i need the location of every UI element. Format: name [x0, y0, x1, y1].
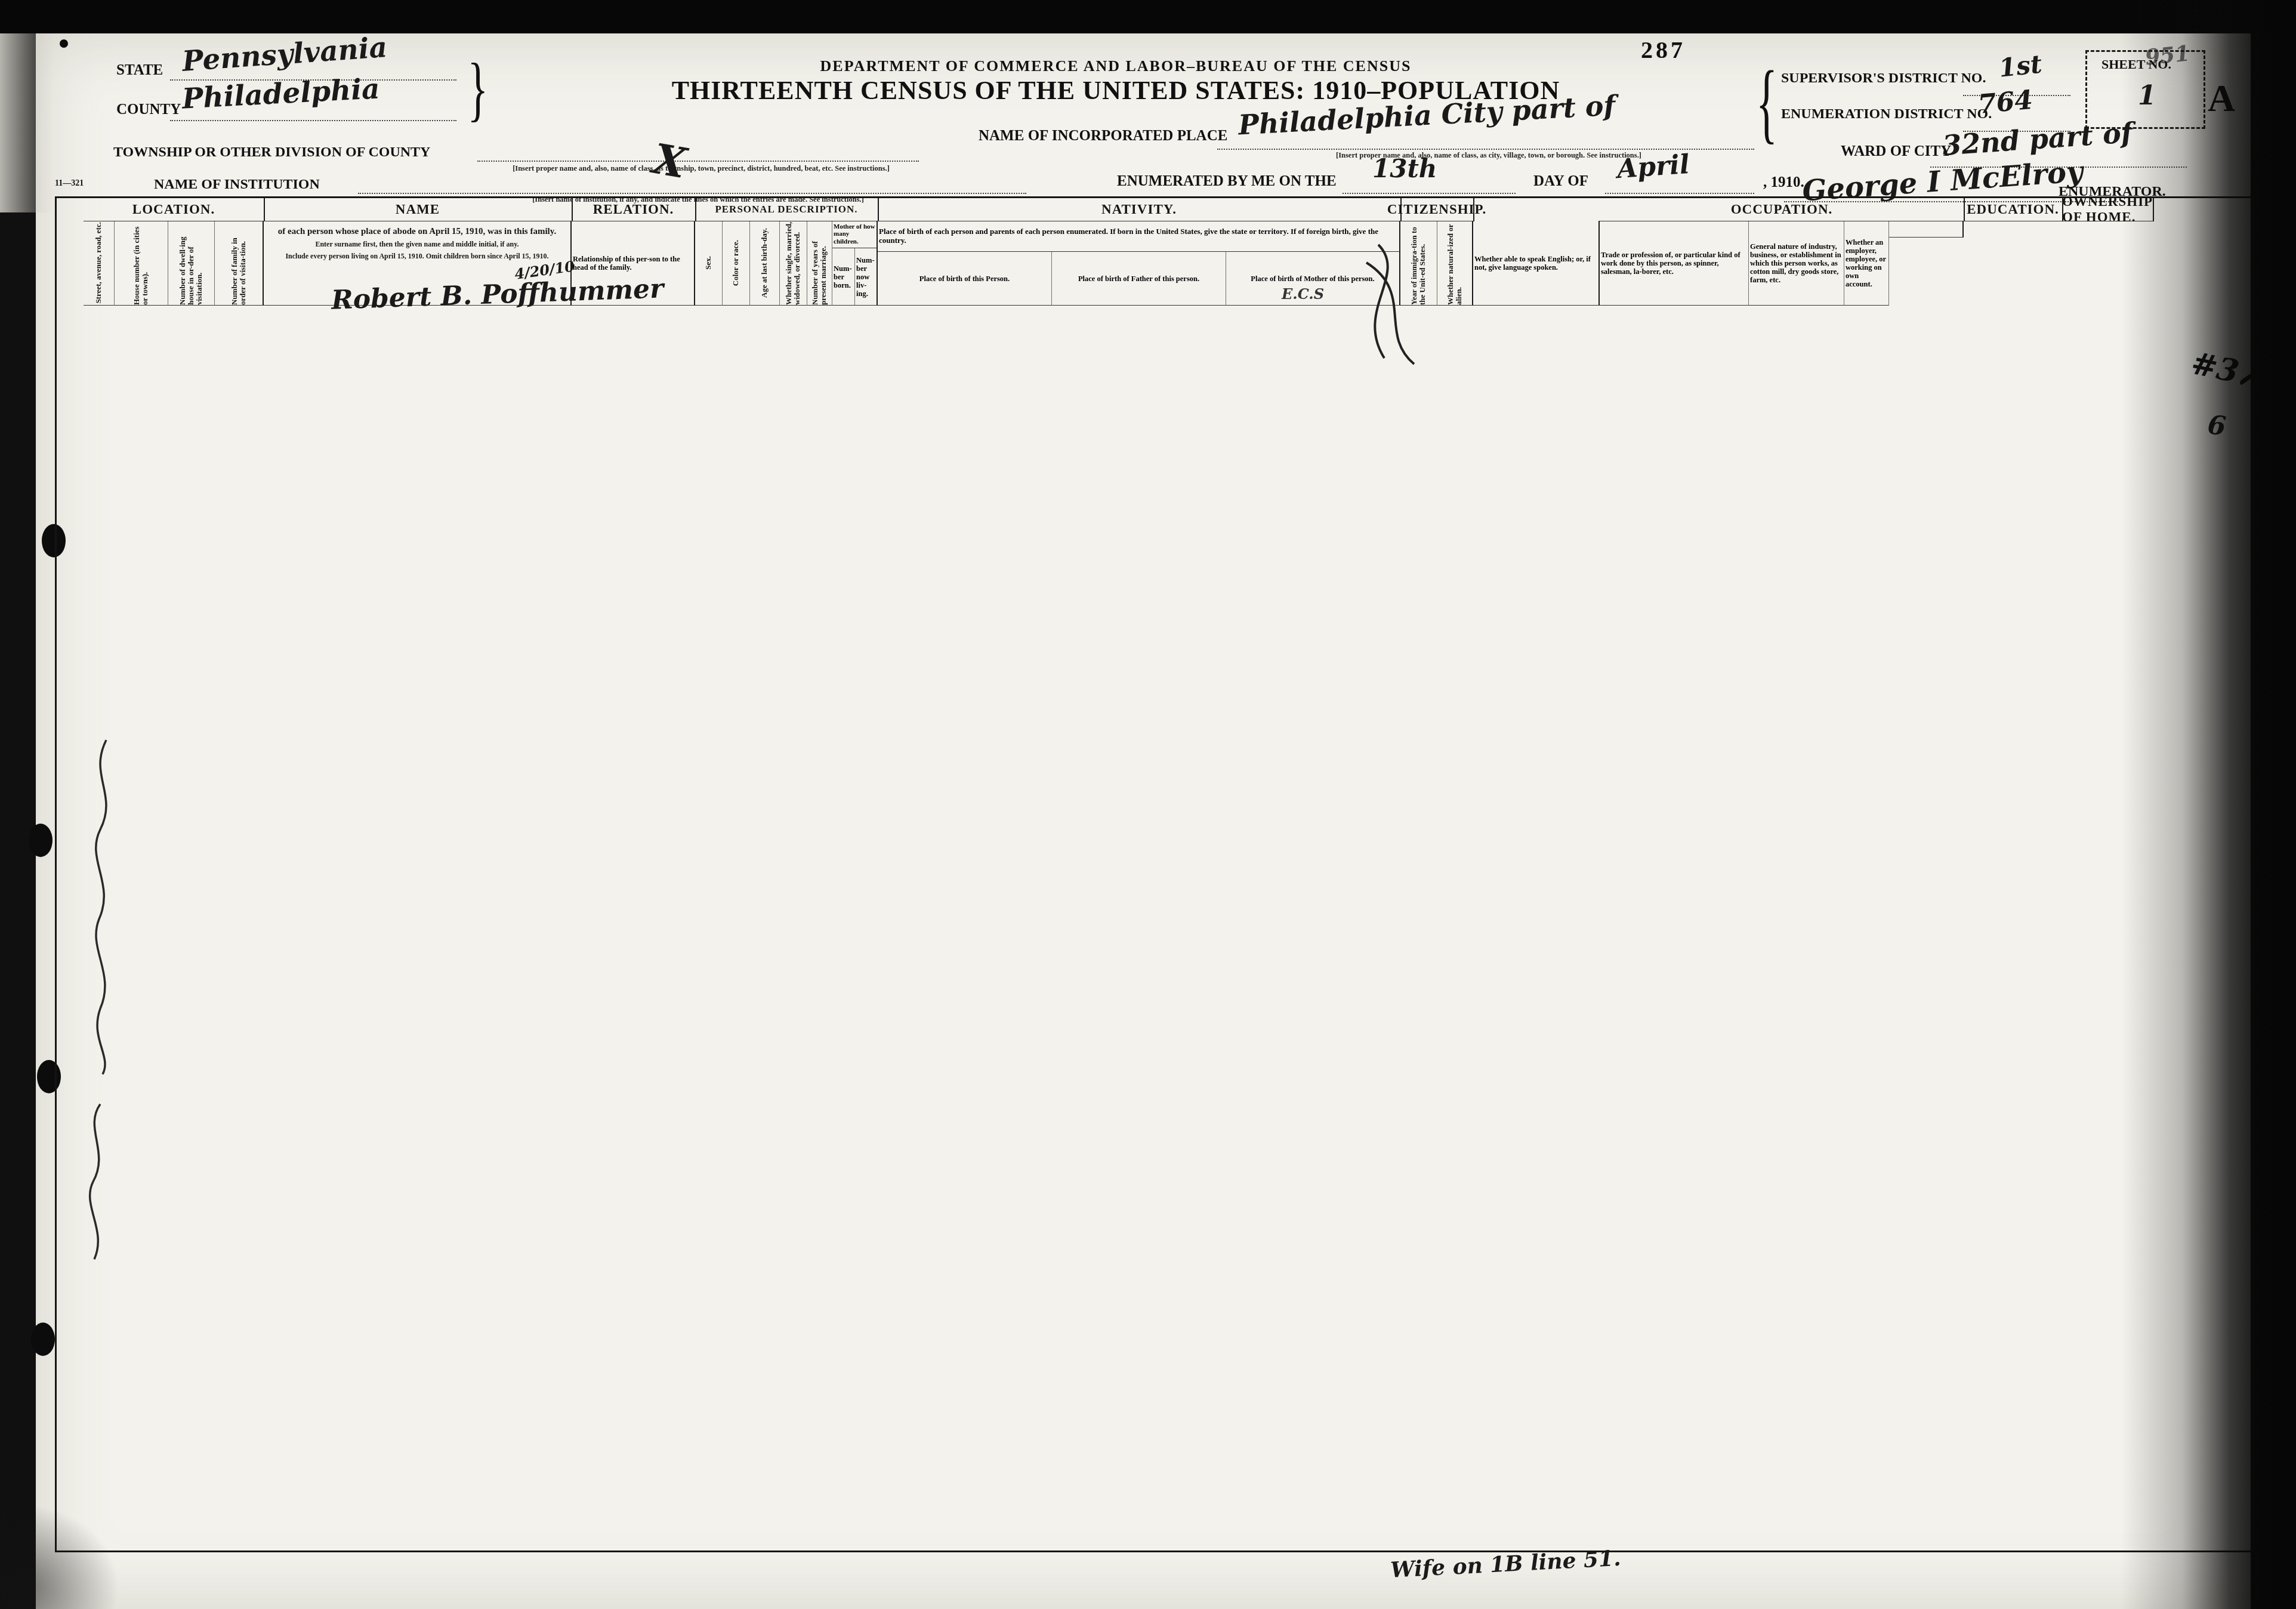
group-header: OWNERSHIP OF HOME. — [2062, 198, 2154, 221]
column-header-color: Color or race. — [723, 221, 750, 306]
incorporated-place-label: NAME OF INCORPORATED PLACE — [979, 128, 1227, 144]
form-number: 11—321 — [55, 179, 84, 189]
column-header-emp: Whether an employer, employee, or workin… — [1844, 221, 1889, 306]
street-name-vertical-scrawl-2 — [75, 1104, 123, 1259]
column-header-cl: Num-ber now liv-ing. — [855, 248, 878, 306]
margin-scrawl-2: 6 — [2206, 410, 2227, 442]
column-header-b2: Place of birth of Father of this person. — [1052, 252, 1226, 306]
group-header: RELATION. — [572, 198, 696, 221]
ecs-scrawl: E.C.S — [1282, 285, 1324, 303]
column-header-age: Age at last birth-day. — [750, 221, 780, 306]
township-label: TOWNSHIP OR OTHER DIVISION OF COUNTY — [113, 144, 430, 161]
column-header-sex: Sex. — [695, 221, 723, 306]
column-header-house: House number (in cities or towns). — [115, 221, 168, 306]
county-label: COUNTY — [116, 101, 181, 118]
enumerated-month: April — [1616, 149, 1690, 184]
group-header: PERSONAL DESCRIPTION. — [695, 198, 879, 221]
street-name-vertical-scrawl — [82, 740, 130, 1074]
punch-hole-2 — [29, 824, 53, 857]
enumerated-day: 13th — [1372, 154, 1437, 183]
census-scan-page: 287 951 STATE Pennsylvania COUNTY Philad… — [0, 0, 2296, 1609]
enumerated-year: , 1910. — [1763, 174, 1804, 191]
group-header: LOCATION. — [84, 198, 265, 221]
enumeration-district-label: ENUMERATION DISTRICT NO. — [1781, 106, 1992, 122]
column-header-eng: Whether able to speak English; or, if no… — [1473, 221, 1600, 306]
sheet-number-value: 1 — [2138, 81, 2156, 111]
if-employee-header — [1889, 221, 1964, 238]
group-header: NAME — [264, 198, 573, 221]
column-header-cb: Num-ber born. — [832, 248, 855, 306]
column-header-b1: Place of birth of this Person. — [878, 252, 1052, 306]
scan-top-black-band — [0, 0, 2296, 33]
nativity-instruction: Place of birth of each person and parent… — [878, 221, 1400, 252]
supervisor-district-value: 1st — [1998, 49, 2044, 82]
ward-label: WARD OF CITY — [1841, 143, 1951, 160]
group-header: OCCUPATION. — [1600, 198, 1965, 221]
day-of-label: DAY OF — [1533, 173, 1588, 190]
column-header-oc: Trade or profession of, or particular ki… — [1600, 221, 1749, 306]
column-header-mother: Mother of how many children. — [832, 221, 878, 248]
group-header: EDUCATION. — [1964, 198, 2063, 221]
column-header-yrs: Number of years of present marriage. — [807, 221, 832, 306]
group-header: CITIZENSHIP. — [1400, 198, 1474, 221]
punch-dot-top — [60, 39, 68, 48]
sheet-letter: A — [2208, 76, 2235, 121]
state-label: STATE — [116, 62, 163, 79]
brace-district-block: { — [1756, 51, 1777, 154]
group-header: NATIVITY. — [878, 198, 1402, 221]
column-header-dw: Number of dwell-ing house in or-der of v… — [168, 221, 215, 306]
sheet-number-label: SHEET NO. — [2101, 57, 2171, 72]
punch-hole-4 — [31, 1323, 55, 1356]
supervisor-district-label: SUPERVISOR'S DISTRICT NO. — [1781, 70, 1986, 87]
department-line: DEPARTMENT OF COMMERCE AND LABOR–BUREAU … — [668, 57, 1563, 75]
enumerated-label: ENUMERATED BY ME ON THE — [1117, 173, 1337, 190]
column-header-fam: Number of family in order of visita-tion… — [215, 221, 264, 306]
institution-label: NAME OF INSTITUTION — [154, 177, 320, 193]
enumeration-district-value: 764 — [1977, 85, 2034, 120]
page-stamp: 287 — [1641, 36, 1686, 64]
column-header-street: Street, avenue, road, etc. — [84, 221, 115, 306]
header-flourish — [1343, 239, 1462, 370]
sheet-number-box: SHEET NO. 1 — [2085, 50, 2205, 129]
column-header-ind: General nature of industry, business, or… — [1749, 221, 1844, 306]
brace-left-block: } — [468, 48, 489, 130]
township-note: [Insert proper name and, also, name of c… — [480, 165, 922, 173]
column-header-mar: Whether single, married, widowed, or div… — [780, 221, 807, 306]
